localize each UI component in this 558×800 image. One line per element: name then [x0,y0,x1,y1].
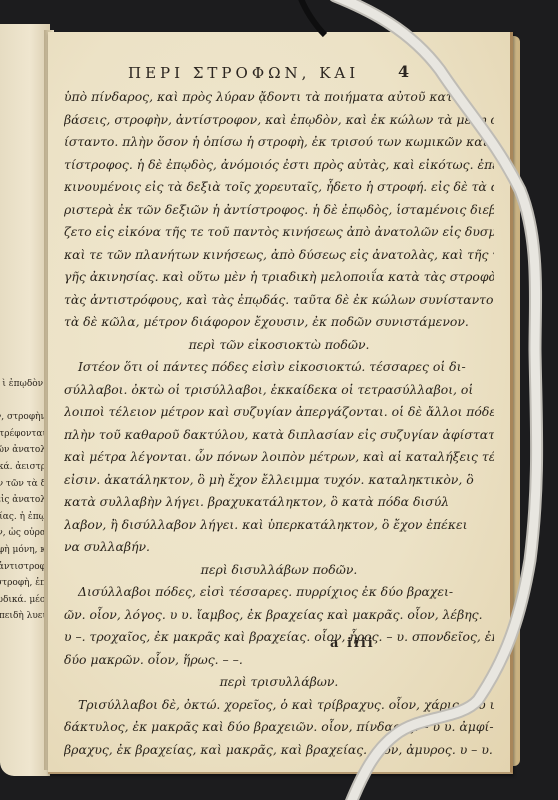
text-line: λαβον, ἢ δισύλλαβον λήγει. καὶ ὑπερκατάλ… [64,514,494,537]
body-text: ὑπὸ πίνδαρος, καὶ πρὸς λύραν ᾄδοντι τὰ π… [64,86,494,761]
text-line: ῶν. οἷον, λόγος. υ υ. ἴαμβος, ἐκ βραχεία… [64,604,494,627]
left-page-line: ικά. ἀειστρ [0,459,46,476]
left-page-line: νην, στροφὴν [0,409,46,426]
text-line: λοιποὶ τέλειον μέτρον καὶ συζυγίαν ἀπεργ… [64,401,494,424]
text-line: πλὴν τοῦ καθαροῦ δακτύλου, κατὰ διπλασία… [64,424,494,447]
text-line: ζετο εἰς εἰκόνα τῆς τε τοῦ παντὸς κινήσε… [64,221,494,244]
text-line: τὰς ἀντιστρόφους, καὶ τὰς ἐπῳδάς. ταῦτα … [64,289,494,312]
left-page-line: ω, ἀντιστροφ [0,559,46,576]
text-line: ίσταντο. πλὴν ὅσον ἡ ὀπίσω ἡ στροφὴ, ἐκ … [64,131,494,154]
text-line: τίστροφος. ἡ δὲ ἐπῳδὸς, ἀνόμοιός ἐστι πρ… [64,154,494,177]
facing-left-page: ὶ ἐπῳδὸν.νην, στροφὴνστρέφονταιὸ τῶν ἀνα… [0,24,50,776]
left-page-line: ίας. ἡ ἐπῳ [0,509,46,526]
text-line: Ιστέον ὅτι οἱ πάντες πόδες εἰσὶν εἰκοσιο… [64,356,494,379]
text-line: σύλλαβοι. ὀκτὼ οἱ τρισύλλαβοι, ἑκκαίδεκα… [64,379,494,402]
text-line: Δισύλλαβοι πόδες, εἰσὶ τέσσαρες. πυρρίχι… [64,581,494,604]
section-heading: περὶ δισυλλάβων ποδῶν. [64,559,494,582]
left-page-line: ν, ὡς οὐρα [0,525,46,542]
text-line: ὑπὸ πίνδαρος, καὶ πρὸς λύραν ᾄδοντι τὰ π… [64,86,494,109]
left-page-line: ὸ τῶν ἀνατολ [0,442,46,459]
text-line: βάσεις, στροφὴν, ἀντίστροφον, καὶ ἐπῳδὸν… [64,109,494,132]
text-line: καὶ τε τῶν πλανήτων κινήσεως, ἀπὸ δύσεως… [64,244,494,267]
text-line: ριστερὰ ἐκ τῶν δεξιῶν ἡ ἀντίστροφος. ἡ δ… [64,199,494,222]
page-number: 4 [398,62,409,81]
left-page-line: ς εἰς ἀνατολ [0,492,46,509]
left-page-line: ἐπειδὴ λυει [0,608,46,625]
text-line: βραχυς, ἐκ βραχείας, καὶ μακρᾶς, καὶ βρα… [64,739,494,762]
left-page-line: , στροφὴ, ἐπ [0,575,46,592]
left-page-line: στρέφονται [0,426,46,443]
text-line: εἰσιν. ἀκατάληκτον, ὃ μὴ ἔχον ἔλλειμμα τ… [64,469,494,492]
left-page-line: ὶ ἐπῳδὸν. [2,376,46,393]
section-heading: περὶ τῶν εἰκοσιοκτὼ ποδῶν. [64,334,494,357]
text-line: δάκτυλος, ἐκ μακρᾶς καὶ δύο βραχειῶν. οἷ… [64,716,494,739]
left-page-line: οφὴ μόνη, κ [0,542,46,559]
text-line: δύο μακρῶν. οἷον, ἥρως. – –. [64,649,494,672]
text-line: γῆς ἀκινησίας. καὶ οὕτω μὲν ἡ τριαδικὴ μ… [64,266,494,289]
signature-mark: a iiii [330,636,375,651]
text-line: υ –. τροχαῖος, ἐκ μακρᾶς καὶ βραχείας. ο… [64,626,494,649]
left-page-line: ῳδικά. μέσ [0,592,46,609]
text-line: κατὰ συλλαβὴν λήγει. βραχυκατάληκτον, ὃ … [64,491,494,514]
text-line: να συλλαβήν. [64,536,494,559]
left-page-line: ῶν τῶν τὰ δ [0,476,46,493]
running-head: ΠΕΡΙ ΣΤΡΟΦΩΝ, ΚΑΙ [128,64,359,82]
section-heading: περὶ τρισυλλάβων. [64,671,494,694]
text-line: Τρισύλλαβοι δὲ, ὀκτώ. χορεῖος, ὁ καὶ τρί… [64,694,494,717]
text-line: τὰ δὲ κῶλα, μέτρον διάφορον ἔχουσιν, ἐκ … [64,311,494,334]
text-line: κινουμένοις εἰς τὰ δεξιὰ τοῖς χορευταῖς,… [64,176,494,199]
text-line: καὶ μέτρα λέγονται. ὧν πόνων λοιπὸν μέτρ… [64,446,494,469]
